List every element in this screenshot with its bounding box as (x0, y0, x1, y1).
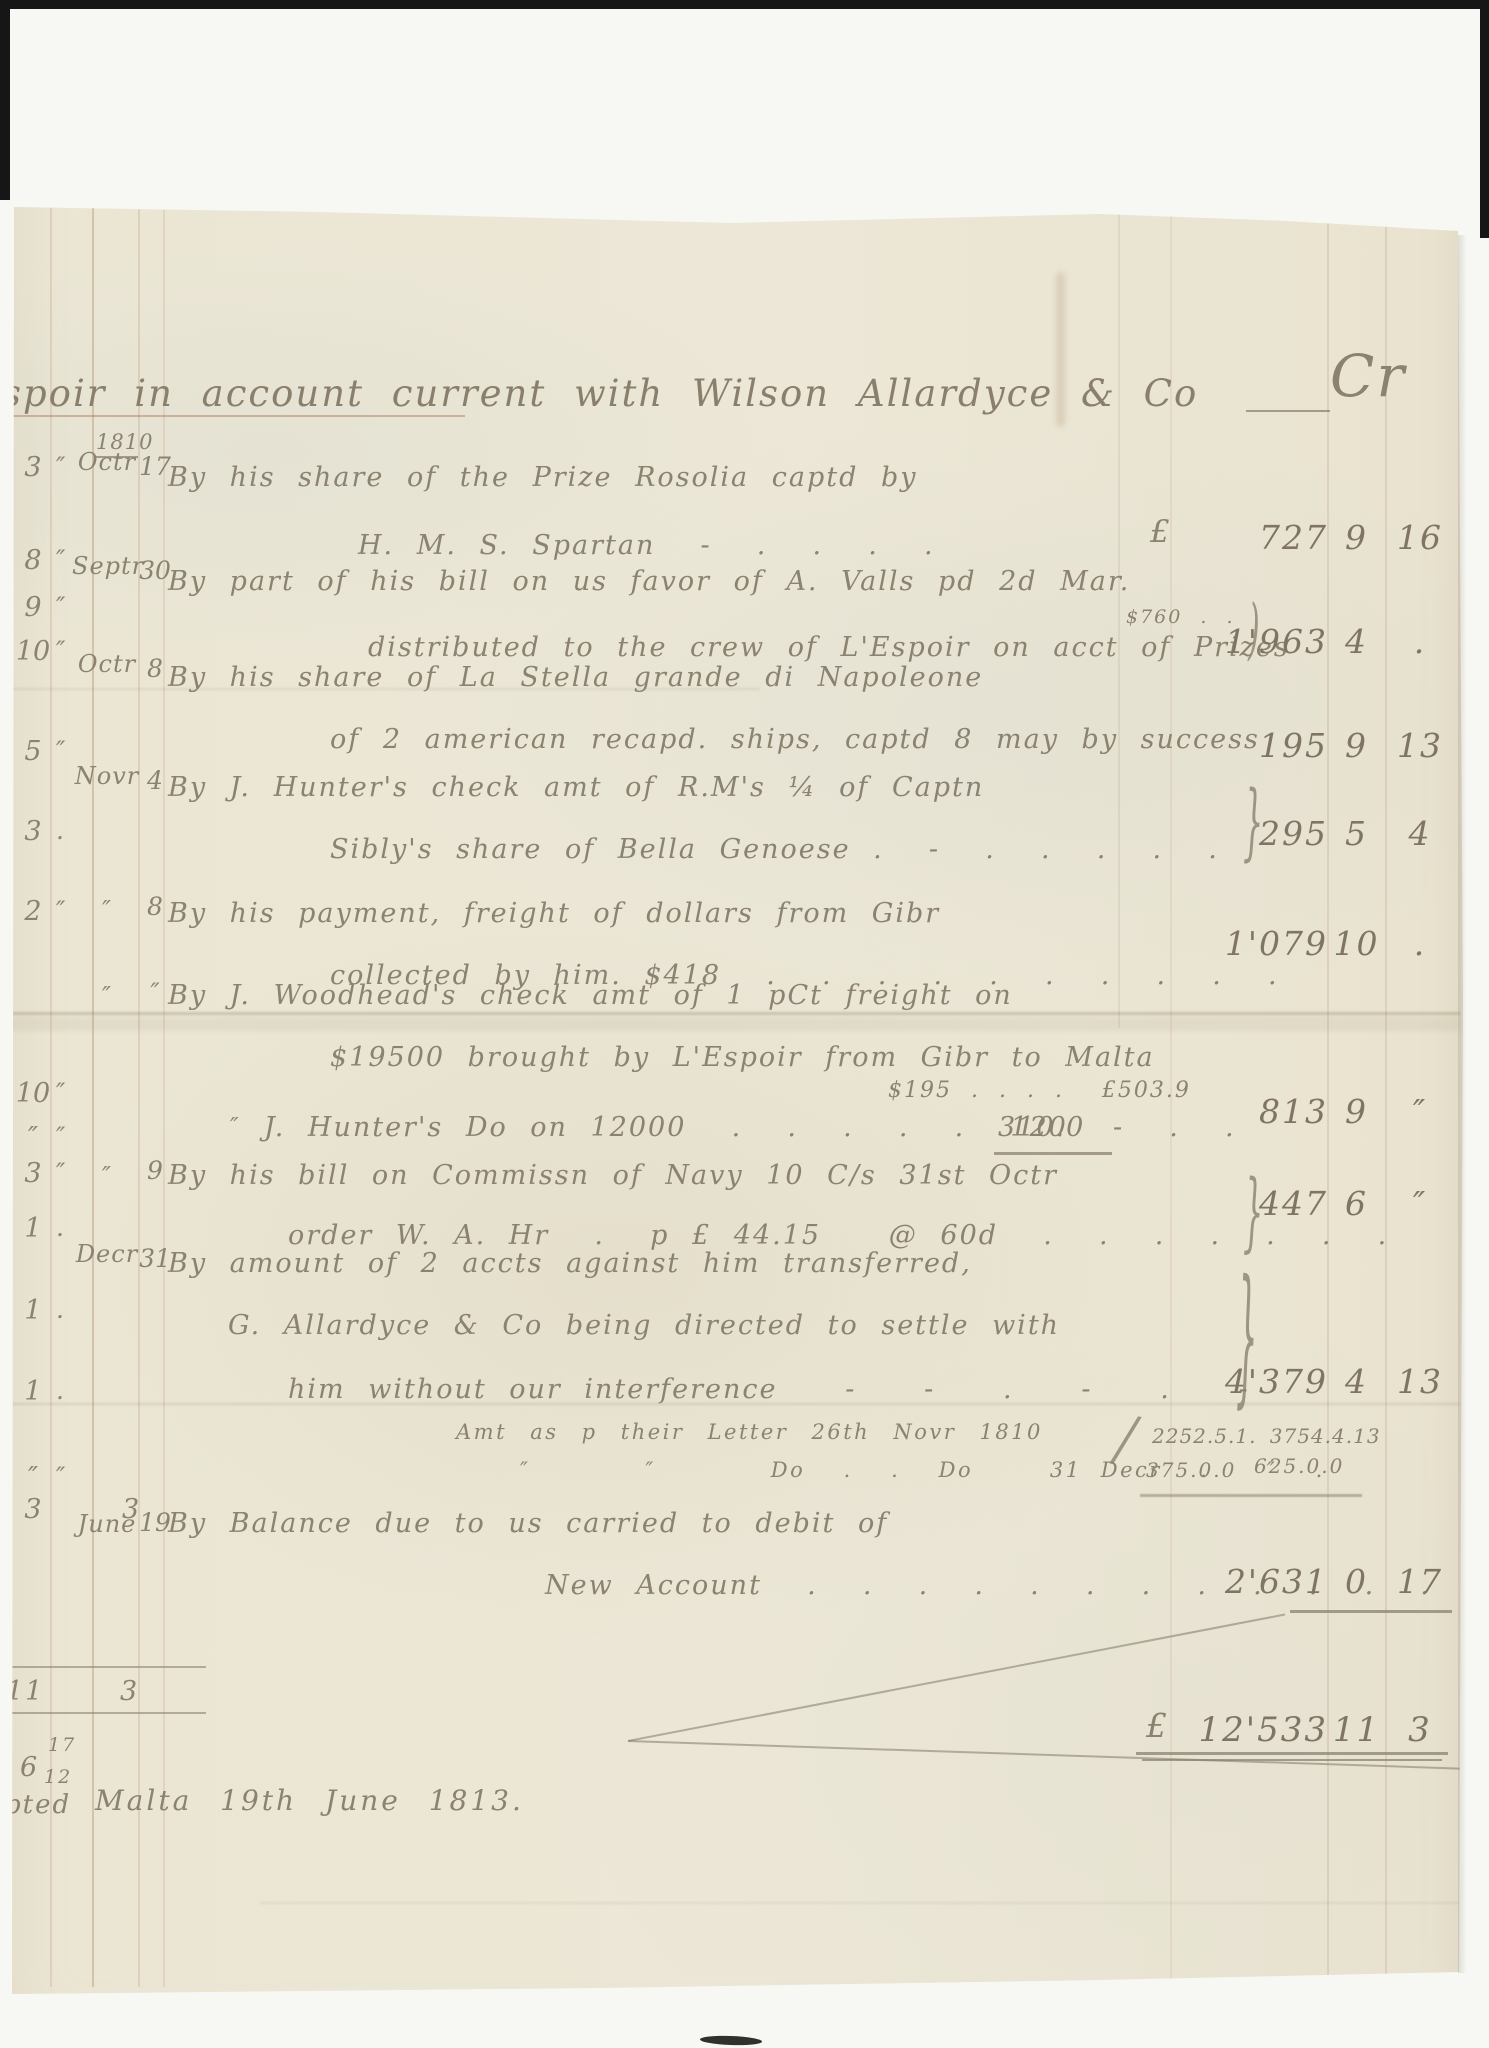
entry-line: him without our interference - - . - . - (288, 1374, 1250, 1405)
amount-row: 1'9634. (1180, 622, 1455, 661)
amount-pounds: 813 (1180, 1092, 1328, 1131)
margin-row: 3. (0, 816, 180, 852)
margin-row: 10″ (0, 1078, 180, 1114)
amount-row: 29554 (1180, 814, 1455, 853)
scan-edge-top (0, 0, 1489, 9)
entry-month: Novr (72, 762, 142, 790)
entry-day: 4 (138, 766, 172, 795)
amount-row: 2'631017 (1180, 1562, 1455, 1601)
scan-smudge (700, 2035, 762, 2046)
margin-figure: ″ (56, 545, 65, 574)
fold-crease (260, 1902, 1460, 1904)
credit-mark: Cr (1330, 342, 1406, 410)
currency-mark: £ (1146, 1706, 1167, 1745)
entry-day: 30 (138, 556, 172, 585)
entry-day: 8 (138, 654, 172, 683)
amount-shillings: 9 (1328, 726, 1385, 765)
margin-total-rule (0, 1712, 206, 1714)
amount-pounds: 4'379 (1180, 1362, 1328, 1401)
amount-shillings: 9 (1328, 1092, 1385, 1131)
entry-line: By amount of 2 accts against him transfe… (168, 1248, 972, 1279)
margin-figure: ″ (56, 736, 65, 765)
margin-figure: ″ (56, 636, 65, 665)
margin-figure: ″ (56, 1122, 65, 1151)
amount-pounds: 295 (1180, 814, 1328, 853)
margin-figure: ″ (56, 896, 65, 925)
amount-pounds: 1'079 (1180, 924, 1328, 963)
amount-shillings: 6 (1328, 1184, 1385, 1223)
amount-pence: 17 (1385, 1562, 1455, 1601)
margin-figure: 10 (12, 636, 54, 667)
entry-line: order W. A. Hr . p £ 44.15 @ 60d . . . .… (288, 1220, 1388, 1251)
vertical-crease (1118, 208, 1120, 1028)
scan-edge-right (1480, 0, 1489, 238)
fold-crease-shadow (0, 1017, 1460, 1031)
entry-month: Septr (72, 552, 142, 580)
margin-row: 9″ (0, 592, 180, 628)
letter-amounts: 2252.5.1. 3754.4.13 (1152, 1424, 1381, 1448)
amount-pence: 3 (1385, 1710, 1455, 1750)
entry-line: J. Hunter's Do on 12000 . . . . . 120 - … (264, 1112, 1236, 1143)
total-underline (1142, 1759, 1442, 1761)
amount-pence: 13 (1385, 1362, 1455, 1401)
amount-shillings: 4 (1328, 1362, 1385, 1401)
amount-pounds: 727 (1180, 518, 1328, 557)
entry-day: 8 (138, 892, 172, 921)
margin-fraction-quote: ″ (0, 1748, 11, 1774)
amount-shillings: 10 (1328, 924, 1385, 963)
entry-line: By part of his bill on us favor of A. Va… (168, 566, 1130, 597)
margin-total-rule (0, 1666, 206, 1668)
entry-month: ″ (72, 896, 142, 924)
margin-figure: 8 (12, 545, 54, 576)
amount-row: 8139″ (1180, 1092, 1455, 1131)
entry-line: distributed to the crew of L'Espoir on a… (368, 632, 1290, 663)
entry-line: By J. Woodhead's check amt of 1 pCt frei… (168, 980, 1013, 1011)
margin-row: ″″ (0, 1122, 180, 1158)
margin-figure: ″ (56, 592, 65, 621)
page-title: spoir in account current with Wilson All… (2, 372, 1198, 415)
amount-shillings: 11 (1328, 1710, 1385, 1750)
margin-figure: . (56, 816, 64, 845)
margin-figure: ″ (12, 1122, 54, 1153)
margin-figure: 3 (12, 816, 54, 847)
letter-amount: 375.0.0 (1146, 1458, 1236, 1482)
margin-figure: . (56, 1295, 64, 1324)
amount-shillings: 5 (1328, 814, 1385, 853)
margin-row: 1. (0, 1376, 180, 1412)
amount-row: 1'07910. (1180, 924, 1455, 963)
letter-reference-line: Amt as p their Letter 26th Novr 1810 (456, 1420, 1043, 1444)
header-dash (1246, 410, 1330, 412)
entry-month: Octr (72, 650, 142, 678)
entry-month: Decr (72, 1240, 142, 1268)
amount-row: 4476″ (1180, 1184, 1455, 1223)
margin-figure: 1 (12, 1295, 54, 1326)
margin-figure: . (56, 1213, 64, 1242)
margin-figure: 3 (12, 1494, 54, 1525)
amount-row: 195913 (1180, 726, 1455, 765)
amount-pence: ″ (1385, 1184, 1455, 1223)
amount-pounds: 1'963 (1180, 622, 1328, 661)
entry-line: By Balance due to us carried to debit of (168, 1508, 888, 1539)
entry-line: By his share of the Prize Rosolia captd … (168, 462, 917, 493)
margin-total: 3 (120, 1676, 139, 1707)
value-underline (994, 1152, 1112, 1155)
entry-line: of 2 american recapd. ships, captd 8 may… (330, 724, 1260, 755)
entry-month: ″ (72, 982, 142, 1010)
margin-figure: . (56, 1376, 64, 1405)
margin-figure: 3 (12, 452, 54, 483)
ditto-mark: ″ (230, 1114, 241, 1140)
amount-shillings: 9 (1328, 518, 1385, 557)
margin-fraction-denominator: 12 (44, 1766, 72, 1788)
margin-figure: 1 (12, 1213, 54, 1244)
entry-month: June (72, 1510, 142, 1538)
ledger-paper: spoir in account current with Wilson All… (0, 0, 1489, 2048)
entry-day: ″ (138, 978, 172, 1007)
entry-day: 17 (138, 452, 172, 481)
scan-edge-left (0, 0, 10, 200)
amount-pence: . (1385, 924, 1455, 963)
amount-pence: 13 (1385, 726, 1455, 765)
margin-figure: ″ (56, 1078, 65, 1107)
footer-fragment: pted (4, 1790, 71, 1820)
amount-row: 4'379413 (1180, 1362, 1455, 1401)
entry-line: By his payment, freight of dollars from … (168, 898, 940, 929)
fold-crease (0, 1012, 1460, 1015)
total-amount-row: 12'533113 (1180, 1710, 1455, 1750)
entry-note: $195 . . . . £503.9 (888, 1078, 1191, 1103)
amount-pence: . (1385, 622, 1455, 661)
entry-month: Octr (72, 448, 142, 476)
entry-line: G. Allardyce & Co being directed to sett… (228, 1310, 1060, 1341)
entry-line: Sibly's share of Bella Genoese . - . . .… (330, 834, 1219, 865)
amount-pence: ″ (1385, 1092, 1455, 1131)
amount-row: 727916 (1180, 518, 1455, 557)
balance-underline (1290, 1610, 1452, 1613)
entry-day: 31 (138, 1244, 172, 1273)
entry-line: By his bill on Commissn of Navy 10 C/s 3… (168, 1160, 1058, 1191)
margin-figure: 2 (12, 896, 54, 927)
place-date: Malta 19th June 1813. (95, 1784, 524, 1817)
entry-month: ″ (72, 1162, 142, 1190)
margin-total: 11 (6, 1676, 44, 1707)
scanned-document: spoir in account current with Wilson All… (0, 0, 1489, 2048)
header-rule (0, 415, 465, 417)
margin-figure: ″ (12, 1462, 54, 1493)
amount-pounds: 2'631 (1180, 1562, 1328, 1601)
margin-figure: 9 (12, 592, 54, 623)
margin-figure: ″ (56, 1462, 65, 1491)
currency-mark: £ (1150, 514, 1170, 550)
amount-pounds: 195 (1180, 726, 1328, 765)
entry-underlined-value: 310.0 (998, 1112, 1085, 1143)
entry-day: 19 (138, 1508, 172, 1537)
margin-figure: ″ (56, 452, 65, 481)
entry-line: By his share of La Stella grande di Napo… (168, 662, 983, 693)
margin-figure: ″ (56, 1158, 65, 1187)
amount-shillings: 0 (1328, 1562, 1385, 1601)
margin-figure: 3 (12, 1158, 54, 1189)
margin-figure: 1 (12, 1376, 54, 1407)
margin-fraction-numerator: 17 (48, 1734, 76, 1756)
margin-figure: 10 (12, 1078, 54, 1109)
entry-line: $19500 brought by L'Espoir from Gibr to … (330, 1042, 1155, 1073)
amount-pounds: 12'533 (1180, 1710, 1328, 1750)
entry-day: 9 (138, 1156, 172, 1185)
amount-pence: 16 (1385, 518, 1455, 557)
margin-row: 1. (0, 1295, 180, 1331)
margin-row: ″″ (0, 1462, 180, 1498)
amount-pence: 4 (1385, 814, 1455, 853)
total-underline (1136, 1752, 1448, 1755)
margin-fraction-whole: 6 (20, 1752, 39, 1783)
amount-pounds: 447 (1180, 1184, 1328, 1223)
entry-line: H. M. S. Spartan - . . . . (358, 530, 935, 561)
entry-line: By J. Hunter's check amt of R.M's ¼ of C… (168, 772, 984, 803)
letter-amount-underline (1140, 1494, 1362, 1497)
amount-shillings: 4 (1328, 622, 1385, 661)
margin-figure: 5 (12, 736, 54, 767)
letter-amount: 625.0.0 (1254, 1454, 1344, 1478)
